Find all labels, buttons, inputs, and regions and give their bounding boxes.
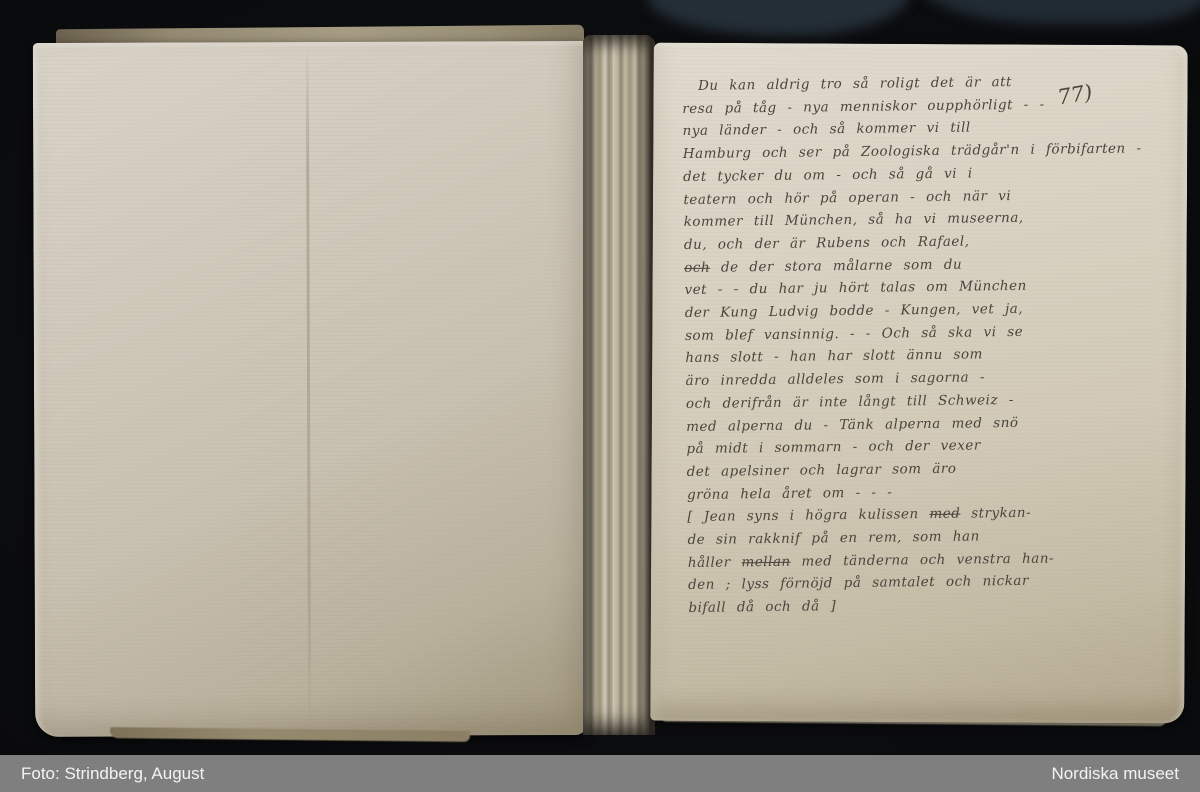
page-stack-edges xyxy=(583,35,655,735)
manuscript-book: 77) Du kan aldrig tro så roligt det är a… xyxy=(0,0,1200,792)
underlying-page-edge-left xyxy=(110,727,470,742)
page-fold-crease xyxy=(306,42,311,736)
handwritten-right-page: 77) Du kan aldrig tro så roligt det är a… xyxy=(650,43,1188,724)
handwriting-lines: Du kan aldrig tro så roligt det är attre… xyxy=(682,69,1175,620)
blank-left-page xyxy=(33,41,587,737)
archive-photo: 77) Du kan aldrig tro så roligt det är a… xyxy=(0,0,1200,792)
caption-bar: Foto: Strindberg, August Nordiska museet xyxy=(0,755,1200,792)
caption-museum: Nordiska museet xyxy=(1051,764,1179,784)
handwriting-line: bifall då och då ] xyxy=(688,591,1174,620)
caption-photographer: Foto: Strindberg, August xyxy=(21,764,204,784)
